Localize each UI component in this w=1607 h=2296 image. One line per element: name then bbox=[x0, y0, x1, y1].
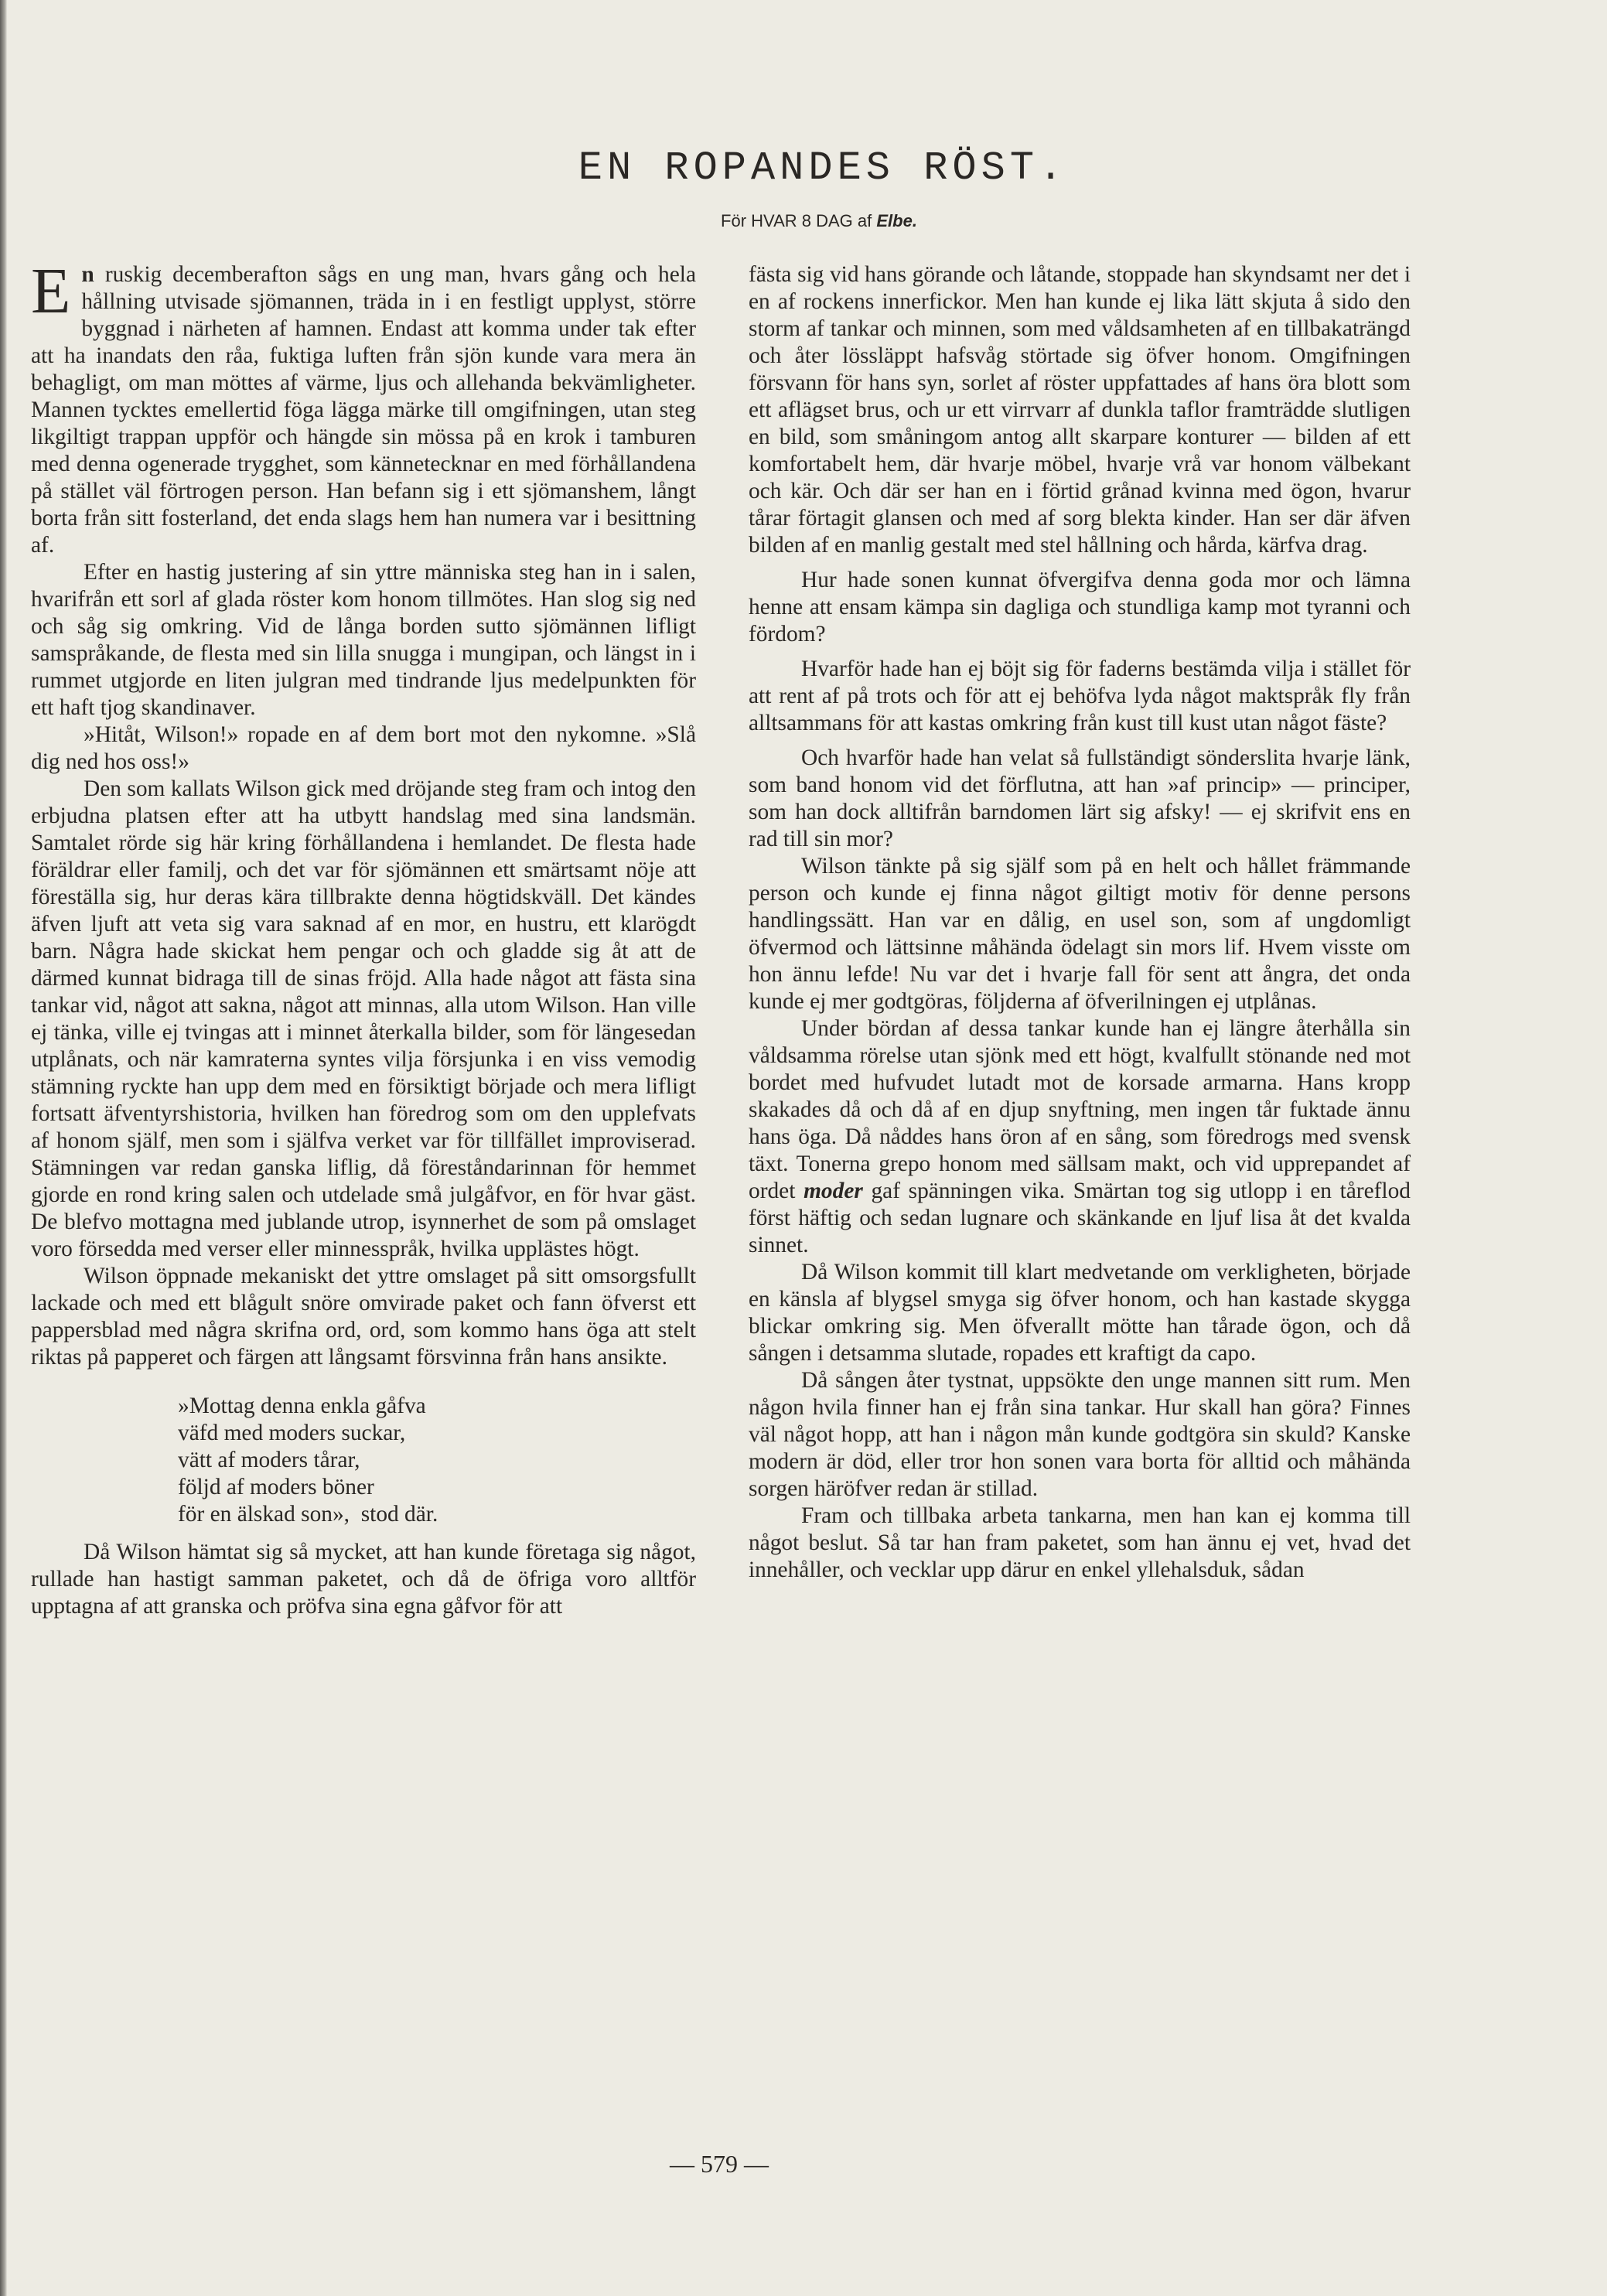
paragraph: Efter en hastig justering af sin yttre m… bbox=[31, 559, 696, 722]
article-byline: För HVAR 8 DAG af Elbe. bbox=[31, 210, 1607, 232]
poem-line: vätt af moders tårar, bbox=[178, 1447, 696, 1474]
paragraph: Då sången åter tystnat, uppsökte den ung… bbox=[749, 1367, 1411, 1503]
paragraph: Då Wilson kommit till klart medvetande o… bbox=[749, 1259, 1411, 1367]
poem-line: väfd med moders suckar, bbox=[178, 1420, 696, 1447]
poem-line: följd af moders böner bbox=[178, 1474, 696, 1501]
poem-tail: stod där. bbox=[361, 1502, 438, 1527]
emphasized-word: moder bbox=[803, 1179, 863, 1203]
page-spine-edge bbox=[0, 0, 7, 2296]
article-title: EN ROPANDES RÖST. bbox=[39, 145, 1607, 192]
article-header: EN ROPANDES RÖST. För HVAR 8 DAG af Elbe… bbox=[0, 145, 1607, 232]
left-column: En ruskig decemberafton sågs en ung man,… bbox=[31, 261, 696, 1620]
paragraph: Då Wilson hämtat sig så mycket, att han … bbox=[31, 1539, 696, 1620]
opening-paragraph: En ruskig decemberafton sågs en ung man,… bbox=[31, 261, 696, 559]
poem-verse: »Mottag denna enkla gåfva väfd med moder… bbox=[178, 1393, 696, 1528]
paragraph: Hvarför hade han ej böjt sig för faderns… bbox=[749, 656, 1411, 737]
drop-cap-rest: n bbox=[81, 262, 94, 287]
poem-line: för en älskad son», bbox=[178, 1502, 350, 1527]
right-column: fästa sig vid hans görande och låtande, … bbox=[749, 261, 1411, 1584]
paragraph: Hur hade sonen kunnat öfvergifva denna g… bbox=[749, 567, 1411, 648]
paragraph: Den som kallats Wilson gick med dröjande… bbox=[31, 776, 696, 1263]
paragraph-text: Under bördan af dessa tankar kunde han e… bbox=[749, 1016, 1411, 1203]
drop-cap: E bbox=[31, 264, 70, 319]
paragraph: Wilson tänkte på sig själf som på en hel… bbox=[749, 853, 1411, 1015]
author-name: Elbe. bbox=[876, 211, 917, 230]
continued-paragraph: fästa sig vid hans görande och låtande, … bbox=[749, 261, 1411, 559]
paragraph-text: ruskig decemberafton sågs en ung man, hv… bbox=[31, 262, 696, 558]
poem-line: »Mottag denna enkla gåfva bbox=[178, 1393, 696, 1420]
page-number: — 579 — bbox=[0, 2150, 1438, 2178]
paragraph: Och hvarför hade han velat så fullständi… bbox=[749, 745, 1411, 853]
paragraph: Wilson öppnade mekaniskt det yttre omsla… bbox=[31, 1263, 696, 1371]
paragraph: Fram och tillbaka arbeta tankarna, men h… bbox=[749, 1503, 1411, 1584]
paragraph: Under bördan af dessa tankar kunde han e… bbox=[749, 1015, 1411, 1259]
paragraph: »Hitåt, Wilson!» ropade en af dem bort m… bbox=[31, 722, 696, 776]
byline-prefix: För HVAR 8 DAG af bbox=[721, 211, 872, 230]
